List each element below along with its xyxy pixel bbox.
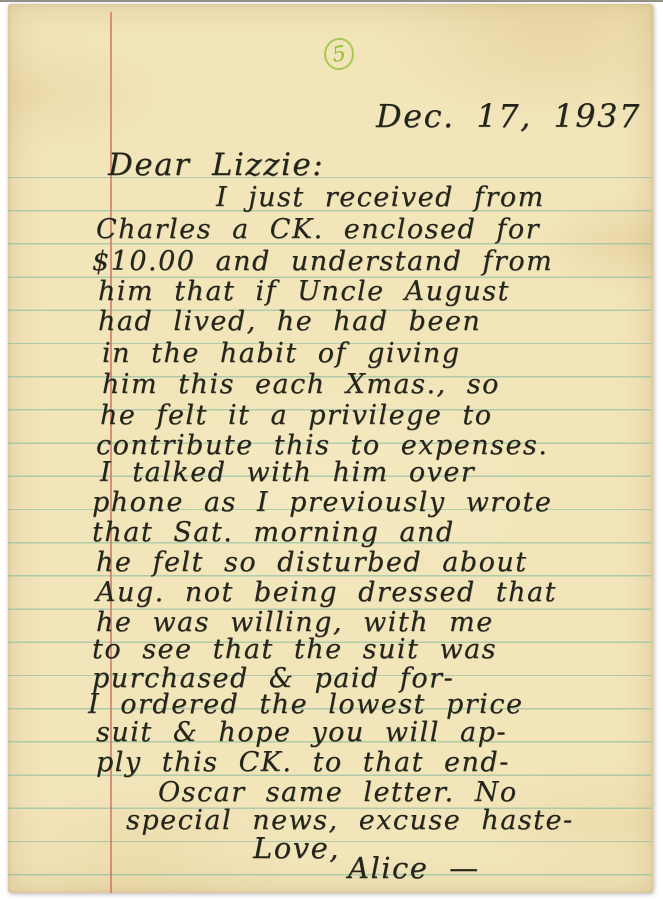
letter-scan: 5 Dec. 17, 1937 - Dear Lizzie: I just re… — [0, 0, 663, 900]
body-line: special news, excuse haste- — [126, 807, 574, 834]
body-line: Charles a CK. enclosed for — [96, 216, 540, 243]
body-line: him that if Uncle August — [98, 278, 510, 305]
body-line: in the habit of giving — [102, 340, 461, 367]
body-line: he was willing, with me — [96, 609, 494, 636]
body-line: he felt it a privilege to — [100, 402, 493, 429]
body-line: contribute this to expenses. — [96, 432, 548, 459]
body-line: him this each Xmas., so — [102, 371, 500, 398]
body-line: $10.00 and understand from — [92, 248, 553, 275]
body-line: phone as I previously wrote — [92, 489, 552, 516]
closing: Love, — [253, 834, 340, 863]
body-line: had lived, he had been — [98, 308, 481, 335]
body-line: to see that the suit was — [92, 636, 497, 663]
body-line: I talked with him over — [100, 459, 475, 486]
body-line: I just received from — [216, 184, 545, 211]
letter-date: Dec. 17, 1937 - — [376, 100, 663, 132]
body-line: suit & hope you will ap- — [96, 719, 507, 746]
body-line: he felt so disturbed about — [96, 549, 528, 576]
body-line: Aug. not being dressed that — [96, 579, 557, 606]
scan-edge-shadow — [0, 0, 663, 2]
page-number-annotation: 5 — [322, 36, 356, 72]
body-line: purchased & paid for- — [92, 665, 454, 692]
signature: Alice — — [348, 854, 480, 883]
salutation: Dear Lizzie: — [108, 150, 324, 181]
letter-page: 5 Dec. 17, 1937 - Dear Lizzie: I just re… — [8, 4, 653, 893]
body-line: ply this CK. to that end- — [96, 749, 510, 776]
body-line: I ordered the lowest price — [88, 691, 523, 718]
body-line: that Sat. morning and — [92, 519, 455, 546]
body-line: Oscar same letter. No — [158, 779, 518, 806]
